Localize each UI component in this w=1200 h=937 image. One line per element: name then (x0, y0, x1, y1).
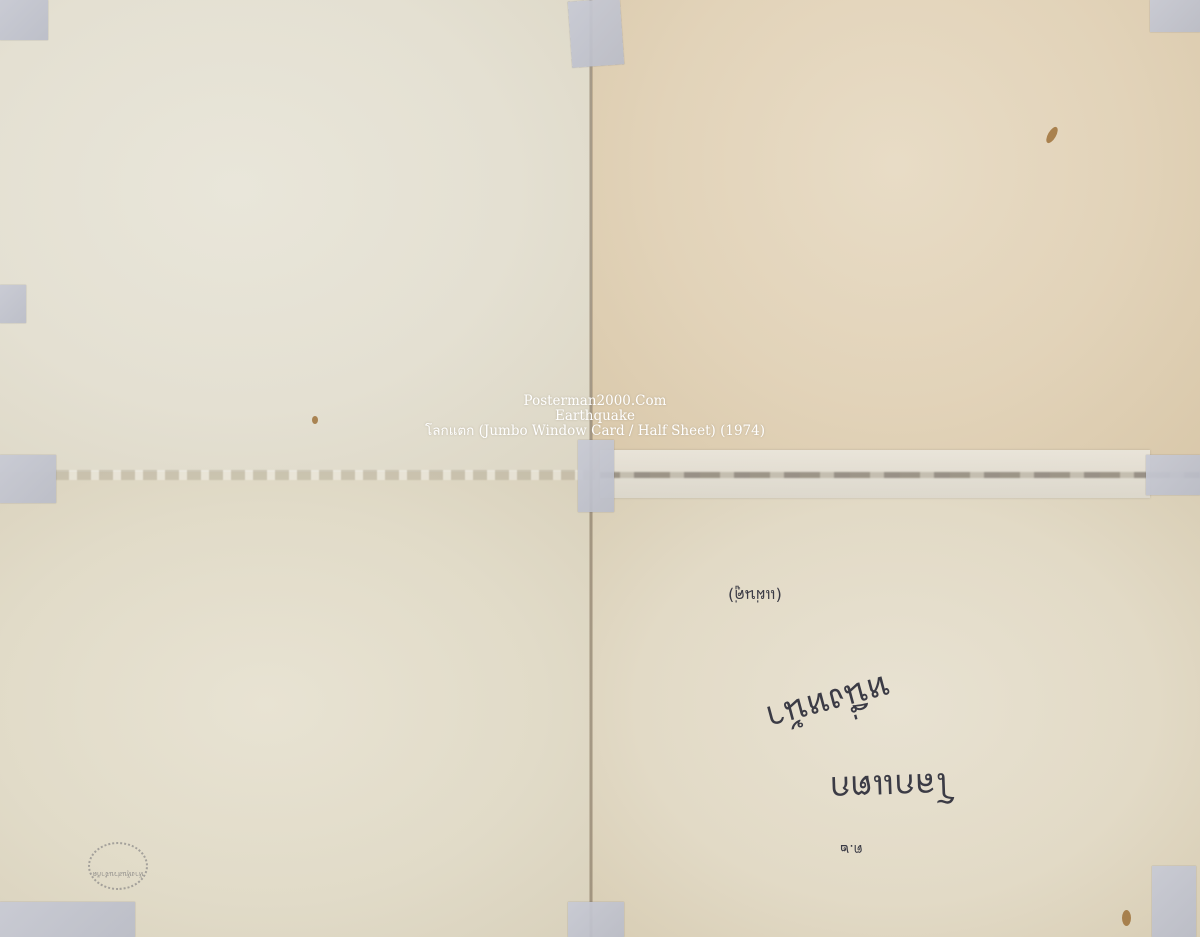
handwritten-note-small: ต.๒ (840, 838, 863, 860)
stain-spot (1122, 910, 1131, 926)
tape-right-fold (1146, 455, 1200, 495)
watermark-subtitle: โลกแตก (Jumbo Window Card / Half Sheet) … (0, 424, 1190, 439)
watermark-site: Posterman2000.Com (0, 394, 1190, 409)
tape-left-edge (0, 285, 26, 323)
horizontal-fold-crease (55, 470, 595, 480)
stamp-text: ห้างหุ้นส่วนจำกัด (92, 870, 143, 878)
tape-bottom-left (0, 902, 135, 937)
tear-line (600, 472, 1200, 478)
watermark-title: Earthquake (0, 409, 1190, 424)
tape-left-fold (0, 455, 56, 503)
poster-panel-bottom-right (592, 472, 1200, 937)
tape-bottom-right (1152, 866, 1196, 937)
handwritten-note-title: โลกแตก (829, 758, 955, 816)
tape-top-right (1150, 0, 1200, 32)
handwritten-note-parenthetical: (แผ่นคู่) (728, 582, 782, 607)
tape-top-left (0, 0, 48, 40)
tape-center-fold (578, 440, 614, 512)
ink-stamp: ห้างหุ้นส่วนจำกัด (88, 842, 148, 890)
tape-top-center (568, 0, 624, 68)
tape-bottom-center (568, 902, 624, 937)
watermark: Posterman2000.Com Earthquake โลกแตก (Jum… (0, 394, 1190, 439)
